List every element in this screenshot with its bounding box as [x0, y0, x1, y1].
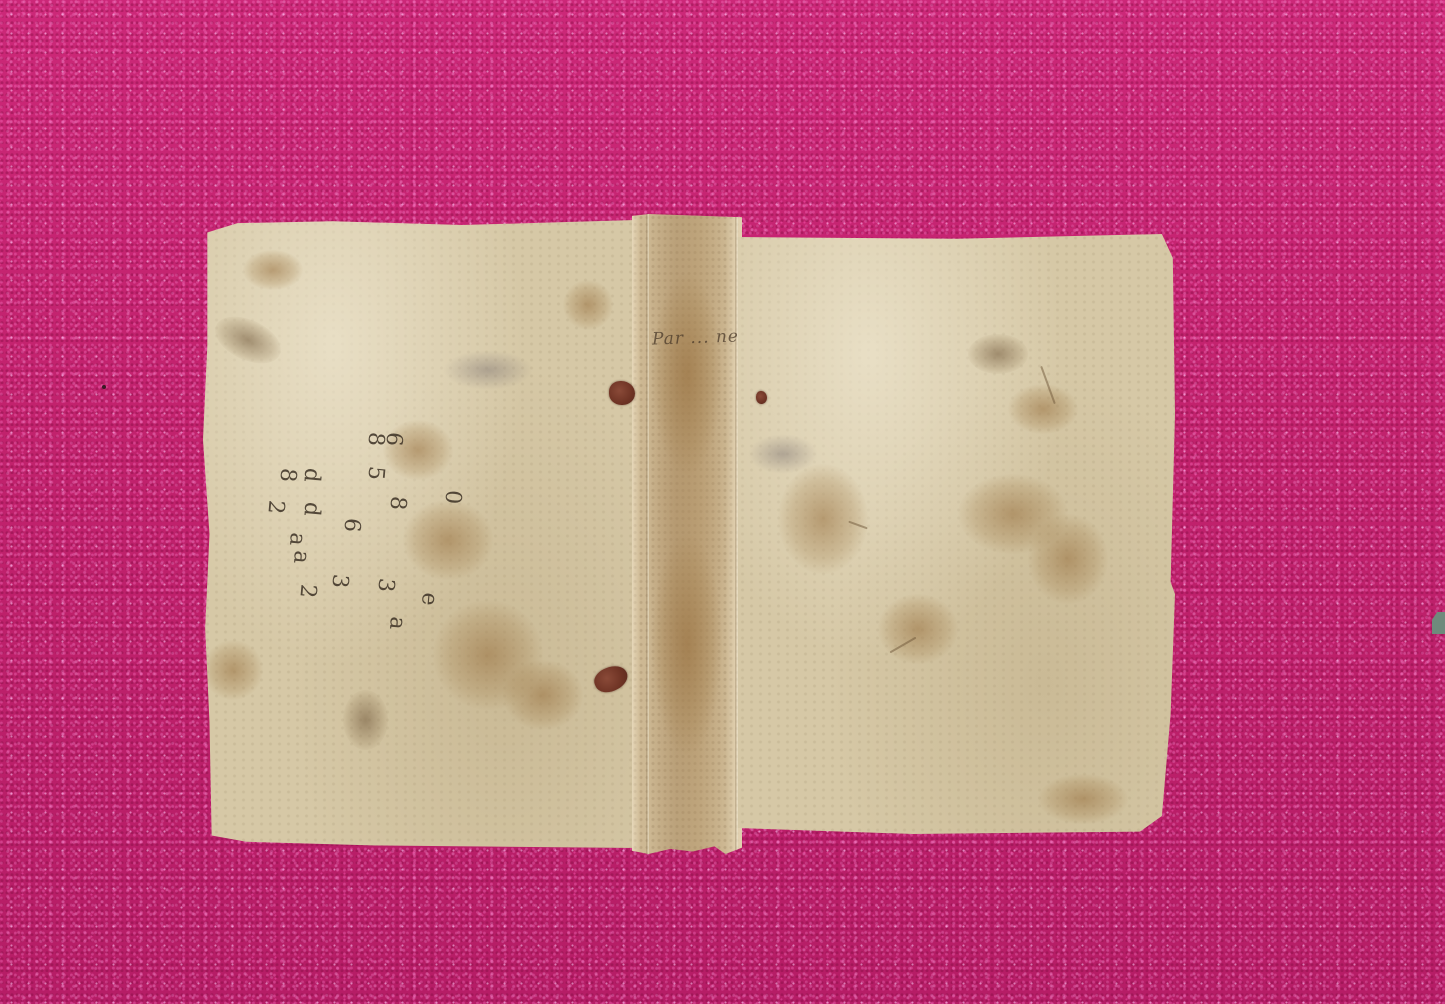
numeral: 6 [381, 431, 404, 447]
stain [343, 690, 388, 750]
tie-hole-upper-left [609, 381, 635, 405]
stain [652, 274, 722, 474]
stain [208, 307, 288, 373]
spine-inscription: Par ... ne [652, 326, 740, 349]
vellum-book: 8 6 8 d 5 8 0 2 d 6 a a 3 3 e 2 a Par ..… [0, 0, 1445, 1004]
stain [968, 334, 1028, 374]
tie-hole-upper-right [756, 391, 767, 404]
numeral: 3 [327, 573, 350, 589]
stain [563, 280, 613, 330]
stain [1038, 774, 1128, 824]
numeral: 6 [339, 517, 362, 533]
spine-fold-line [646, 214, 649, 854]
numeral: 5 [363, 465, 386, 481]
numeral: 0 [440, 489, 463, 505]
numeral: 8 [385, 495, 408, 511]
spine-fold-line [735, 214, 738, 854]
book-spine [632, 214, 742, 854]
numeral: 2 [295, 583, 318, 599]
numeral: 8 [275, 467, 298, 483]
stain [1028, 514, 1108, 604]
numeral: a [289, 550, 312, 565]
handwritten-numerals: 8 6 8 d 5 8 0 2 d 6 a a 3 3 e 2 a [240, 420, 480, 650]
numeral: d [299, 501, 322, 517]
numeral: 3 [373, 577, 396, 593]
stain [652, 534, 722, 754]
stain [503, 660, 583, 730]
stain [443, 350, 533, 390]
numeral: a [385, 616, 408, 631]
numeral: d [299, 467, 322, 483]
stain [1008, 384, 1078, 434]
numeral: a [285, 532, 308, 547]
stain [778, 464, 868, 574]
numeral: 2 [263, 499, 286, 515]
front-cover-right-panel [738, 234, 1175, 834]
stain [243, 250, 303, 290]
numeral: e [417, 592, 440, 607]
stain [878, 594, 958, 664]
